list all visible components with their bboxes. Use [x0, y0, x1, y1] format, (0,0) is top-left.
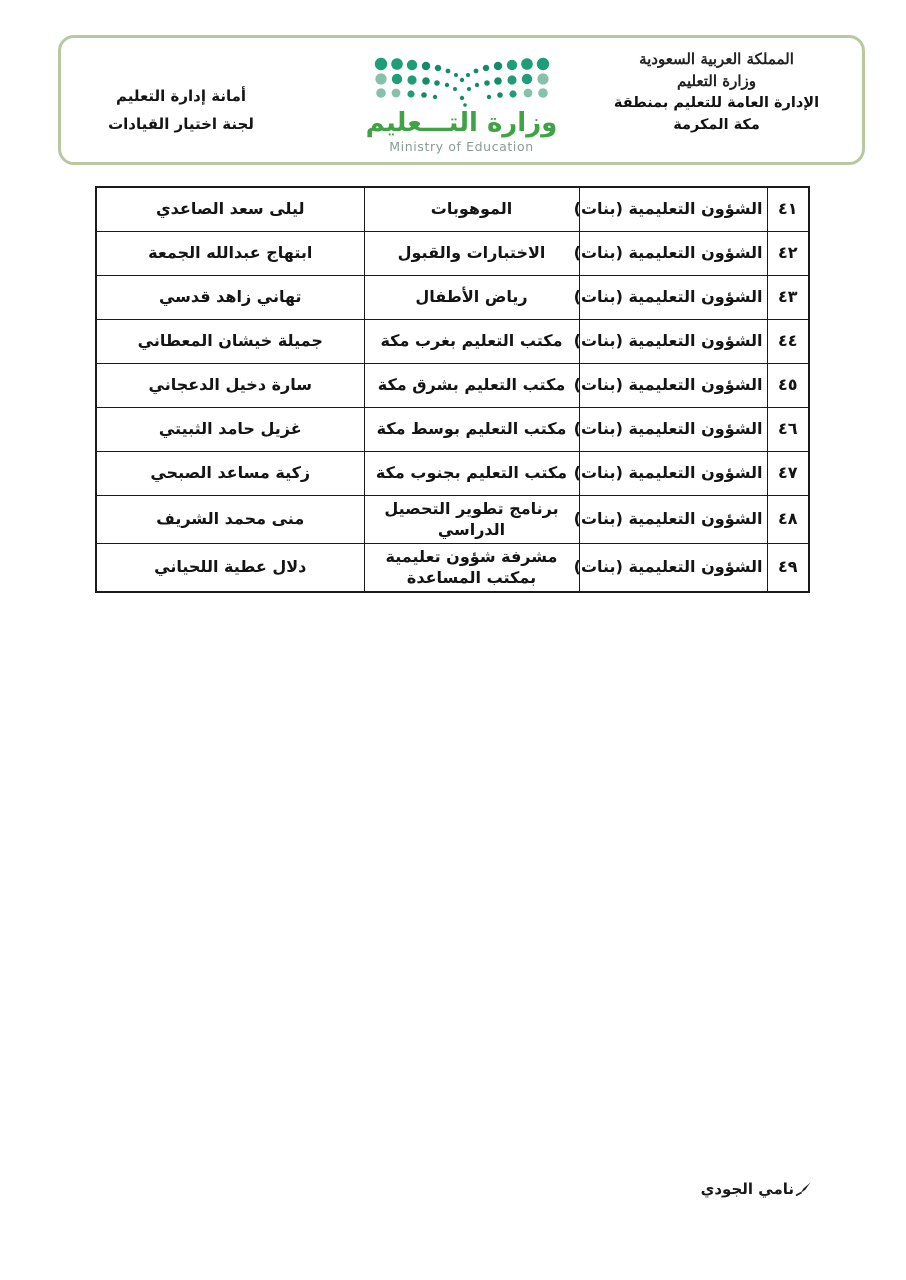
- region-line: مكة المكرمة: [599, 114, 834, 136]
- row-number: ٤٨: [767, 495, 809, 543]
- row-position: الاختبارات والقبول: [364, 231, 579, 275]
- table-row: ٤٦ الشؤون التعليمية (بنات) مكتب التعليم …: [96, 407, 809, 451]
- row-department: الشؤون التعليمية (بنات): [579, 187, 767, 231]
- kingdom-calligraphy-line2: وزارة التعليم: [599, 70, 834, 92]
- general-directorate-line: الإدارة العامة للتعليم بمنطقة: [599, 92, 834, 114]
- ministry-wordmark-en: Ministry of Education: [332, 139, 592, 154]
- row-name: غزيل حامد الثبيتي: [96, 407, 364, 451]
- committee-line1: أمانة إدارة التعليم: [91, 82, 271, 110]
- row-position: مكتب التعليم بغرب مكة: [364, 319, 579, 363]
- row-position: مكتب التعليم بجنوب مكة: [364, 451, 579, 495]
- table-row: ٤٤ الشؤون التعليمية (بنات) مكتب التعليم …: [96, 319, 809, 363]
- table-row: ٤٧ الشؤون التعليمية (بنات) مكتب التعليم …: [96, 451, 809, 495]
- row-name: منى محمد الشريف: [96, 495, 364, 543]
- table-row: ٤٨ الشؤون التعليمية (بنات) برنامج تطوير …: [96, 495, 809, 543]
- row-name: زكية مساعد الصبحي: [96, 451, 364, 495]
- row-department: الشؤون التعليمية (بنات): [579, 451, 767, 495]
- committee-line2: لجنة اختيار القيادات: [91, 110, 271, 138]
- row-number: ٤٥: [767, 363, 809, 407]
- row-position: رياض الأطفال: [364, 275, 579, 319]
- row-position: مكتب التعليم بشرق مكة: [364, 363, 579, 407]
- row-position: برنامج تطوير التحصيل الدراسي: [364, 495, 579, 543]
- table-row: ٤١ الشؤون التعليمية (بنات) الموهوبات ليل…: [96, 187, 809, 231]
- row-position: مشرفة شؤون تعليمية بمكتب المساعدة: [364, 543, 579, 592]
- table-row: ٤٩ الشؤون التعليمية (بنات) مشرفة شؤون تع…: [96, 543, 809, 592]
- row-name: ابتهاج عبدالله الجمعة: [96, 231, 364, 275]
- row-department: الشؤون التعليمية (بنات): [579, 319, 767, 363]
- row-number: ٤٦: [767, 407, 809, 451]
- roster-table-container: ٤١ الشؤون التعليمية (بنات) الموهوبات ليل…: [95, 186, 810, 593]
- signature-block: نامي الجودي: [701, 1180, 812, 1198]
- kingdom-block: المملكة العربية السعودية وزارة التعليم ا…: [599, 48, 834, 136]
- row-department: الشؤون التعليمية (بنات): [579, 363, 767, 407]
- row-department: الشؤون التعليمية (بنات): [579, 495, 767, 543]
- row-department: الشؤون التعليمية (بنات): [579, 543, 767, 592]
- committee-block: أمانة إدارة التعليم لجنة اختيار القيادات: [91, 82, 271, 138]
- row-number: ٤٤: [767, 319, 809, 363]
- pen-icon: [795, 1181, 812, 1198]
- dots-teal-group: [374, 58, 548, 98]
- ministry-wordmark: وزارة التـــعليم: [332, 108, 592, 138]
- ministry-logo: وزارة التـــعليم Ministry of Education: [332, 52, 592, 154]
- ministry-logo-dots-icon: [369, 54, 555, 108]
- signature-name: نامي الجودي: [701, 1180, 794, 1198]
- row-position: الموهوبات: [364, 187, 579, 231]
- table-row: ٤٣ الشؤون التعليمية (بنات) رياض الأطفال …: [96, 275, 809, 319]
- row-name: سارة دخيل الدعجاني: [96, 363, 364, 407]
- dots-dark-group: [421, 62, 503, 107]
- row-name: تهاني زاهد قدسي: [96, 275, 364, 319]
- row-department: الشؤون التعليمية (بنات): [579, 275, 767, 319]
- row-number: ٤٣: [767, 275, 809, 319]
- row-name: دلال عطية اللحياني: [96, 543, 364, 592]
- row-name: جميلة خيشان المعطاني: [96, 319, 364, 363]
- row-position: مكتب التعليم بوسط مكة: [364, 407, 579, 451]
- row-department: الشؤون التعليمية (بنات): [579, 407, 767, 451]
- row-name: ليلى سعد الصاعدي: [96, 187, 364, 231]
- kingdom-calligraphy-line1: المملكة العربية السعودية: [599, 48, 834, 70]
- row-number: ٤١: [767, 187, 809, 231]
- table-row: ٤٥ الشؤون التعليمية (بنات) مكتب التعليم …: [96, 363, 809, 407]
- row-number: ٤٧: [767, 451, 809, 495]
- header-box: أمانة إدارة التعليم لجنة اختيار القيادات: [58, 35, 865, 165]
- table-row: ٤٢ الشؤون التعليمية (بنات) الاختبارات وا…: [96, 231, 809, 275]
- row-number: ٤٩: [767, 543, 809, 592]
- row-department: الشؤون التعليمية (بنات): [579, 231, 767, 275]
- row-number: ٤٢: [767, 231, 809, 275]
- roster-table: ٤١ الشؤون التعليمية (بنات) الموهوبات ليل…: [95, 186, 810, 593]
